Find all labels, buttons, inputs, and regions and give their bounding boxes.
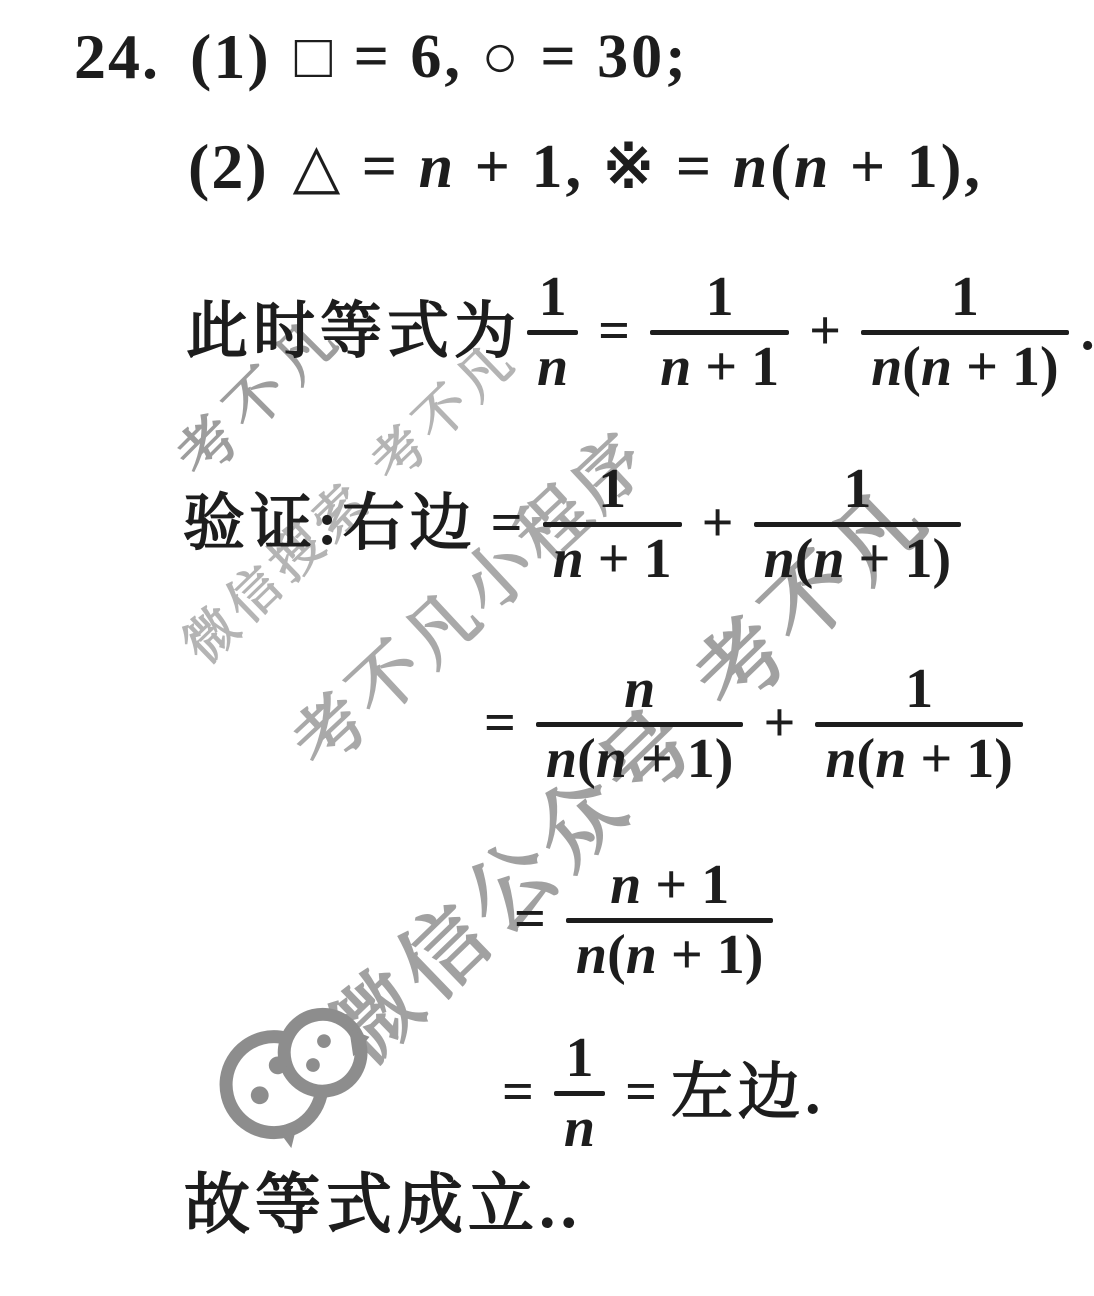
conclusion-line: 故等式成立.. <box>184 1170 582 1243</box>
equation-line: 此时等式为 1 n = 1 n + 1 + 1 n(n + 1) . <box>186 248 1094 416</box>
equals-sign: = <box>611 1062 671 1124</box>
fraction: 1 n + 1 <box>543 457 682 591</box>
plus-sign: + <box>749 693 809 755</box>
fraction-numerator: n + 1 <box>600 853 739 918</box>
equals-sign: = <box>470 693 530 755</box>
plus-sign: + <box>688 493 748 555</box>
fraction-denominator: n + 1 <box>650 335 789 400</box>
fraction-denominator: n(n + 1) <box>815 727 1023 792</box>
fraction: 1 n(n + 1) <box>861 265 1069 399</box>
left-side-label: 左边. <box>671 1059 826 1127</box>
verification-line: 验证:右边 = 1 n + 1 + 1 n(n + 1) <box>183 438 967 610</box>
equals-sign: = <box>488 1062 548 1124</box>
fraction-denominator: n(n + 1) <box>536 727 744 792</box>
step-line-3: = 1 n = 左边. <box>488 1018 826 1168</box>
problem-line-2: (2) △ = n + 1, ※ = n(n + 1), <box>188 132 983 202</box>
fraction: n + 1 n(n + 1) <box>566 853 774 987</box>
verification-prefix: 验证:右边 <box>183 490 477 558</box>
part2-label: (2) <box>188 132 269 202</box>
fraction-numerator: 1 <box>529 265 577 330</box>
fraction: 1 n <box>554 1026 605 1160</box>
part1-answer: □ = 6, ○ = 30; <box>271 23 689 91</box>
answer-sheet-page: 考不凡 微信搜索 考不凡 考不凡小程序 微信公众号 考不凡 24. (1) □ … <box>0 0 1094 1296</box>
problem-line-1: 24. (1) □ = 6, ○ = 30; <box>74 22 689 92</box>
wechat-logo-icon <box>210 994 380 1162</box>
part2-answer: △ = n + 1, ※ = n(n + 1), <box>269 133 983 201</box>
fraction-denominator: n + 1 <box>543 527 682 592</box>
fraction-denominator: n(n + 1) <box>566 923 774 988</box>
fraction: 1 n(n + 1) <box>754 457 962 591</box>
period: . <box>1075 301 1094 363</box>
equation-prefix: 此时等式为 <box>186 298 521 366</box>
plus-sign: + <box>795 301 855 363</box>
fraction-denominator: n <box>554 1096 605 1161</box>
fraction-numerator: 1 <box>556 1026 604 1091</box>
equals-sign: = <box>500 889 560 951</box>
fraction: 1 n(n + 1) <box>815 657 1023 791</box>
problem-number: 24. <box>74 22 160 92</box>
fraction-denominator: n(n + 1) <box>861 335 1069 400</box>
step-line-2: = n + 1 n(n + 1) <box>500 834 779 1006</box>
equals-sign: = <box>477 493 537 555</box>
fraction-denominator: n <box>527 335 578 400</box>
fraction-denominator: n(n + 1) <box>754 527 962 592</box>
fraction-numerator: 1 <box>833 457 881 522</box>
fraction-numerator: 1 <box>588 457 636 522</box>
fraction: 1 n + 1 <box>650 265 789 399</box>
equals-sign: = <box>584 301 644 363</box>
fraction: n n(n + 1) <box>536 657 744 791</box>
fraction-numerator: 1 <box>941 265 989 330</box>
fraction-numerator: n <box>614 657 665 722</box>
fraction-numerator: 1 <box>895 657 943 722</box>
fraction: 1 n <box>527 265 578 399</box>
conclusion-text: 故等式成立.. <box>184 1170 582 1243</box>
part1-label: (1) <box>160 22 271 92</box>
fraction-numerator: 1 <box>696 265 744 330</box>
step-line-1: = n n(n + 1) + 1 n(n + 1) <box>470 636 1029 812</box>
